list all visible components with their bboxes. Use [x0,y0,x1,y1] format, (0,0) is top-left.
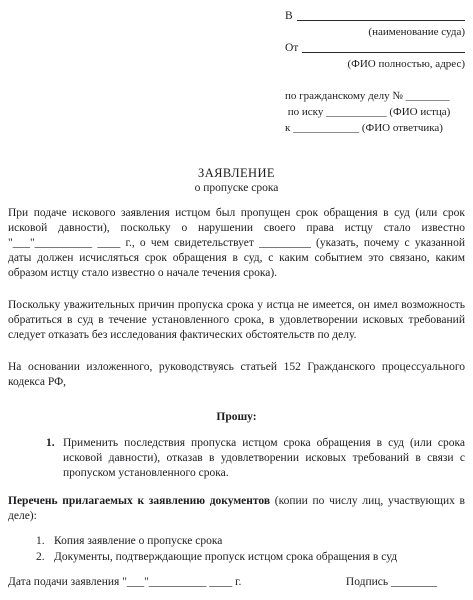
paragraph-legal-basis: На основании изложенного, руководствуясь… [8,360,465,390]
attachments-heading: Перечень прилагаемых к заявлению докумен… [8,494,465,524]
paragraph-grounds: Поскольку уважительных причин пропуска с… [8,298,465,343]
attachment-item: Копия заявление о пропуске срока [36,533,465,549]
document-title: ЗАЯВЛЕНИЕ [8,166,465,181]
paragraph-circumstances: При подаче искового заявления истцом был… [8,206,465,281]
header-spacer [285,72,465,88]
court-name-blank-line [297,10,465,21]
case-number-line: по гражданскому делу № ________ [285,88,465,104]
attachments-list: Копия заявление о пропуске срока Докумен… [8,533,465,565]
from-label: От [285,40,298,56]
document-title-block: ЗАЯВЛЕНИЕ о пропуске срока [8,166,465,196]
court-name-caption: (наименование суда) [285,24,465,40]
request-list: Применить последствия пропуска истцом ср… [8,436,465,481]
attachment-item: Документы, подтверждающие пропуск истцом… [36,549,465,565]
court-label: В [285,8,293,24]
footer-row: Дата подачи заявления "___"__________ __… [8,575,465,590]
court-name-line: В [285,8,465,24]
filing-date-line: Дата подачи заявления "___"__________ __… [8,575,241,590]
court-header-block: В (наименование суда) От (ФИО полностью,… [285,8,465,136]
request-heading: Прошу: [8,410,465,425]
document-subtitle: о пропуске срока [8,181,465,196]
request-item: Применить последствия пропуска истцом ср… [46,436,465,481]
signature-line: Подпись ________ [346,575,437,590]
document-page: В (наименование суда) От (ФИО полностью,… [0,0,473,600]
plaintiff-line: по иску ___________ (ФИО истца) [285,104,465,120]
applicant-caption: (ФИО полностью, адрес) [285,56,465,72]
applicant-blank-line [302,42,465,53]
defendant-line: к ____________ (ФИО ответчика) [285,120,465,136]
attachments-heading-bold: Перечень прилагаемых к заявлению докумен… [8,495,270,507]
applicant-line: От [285,40,465,56]
